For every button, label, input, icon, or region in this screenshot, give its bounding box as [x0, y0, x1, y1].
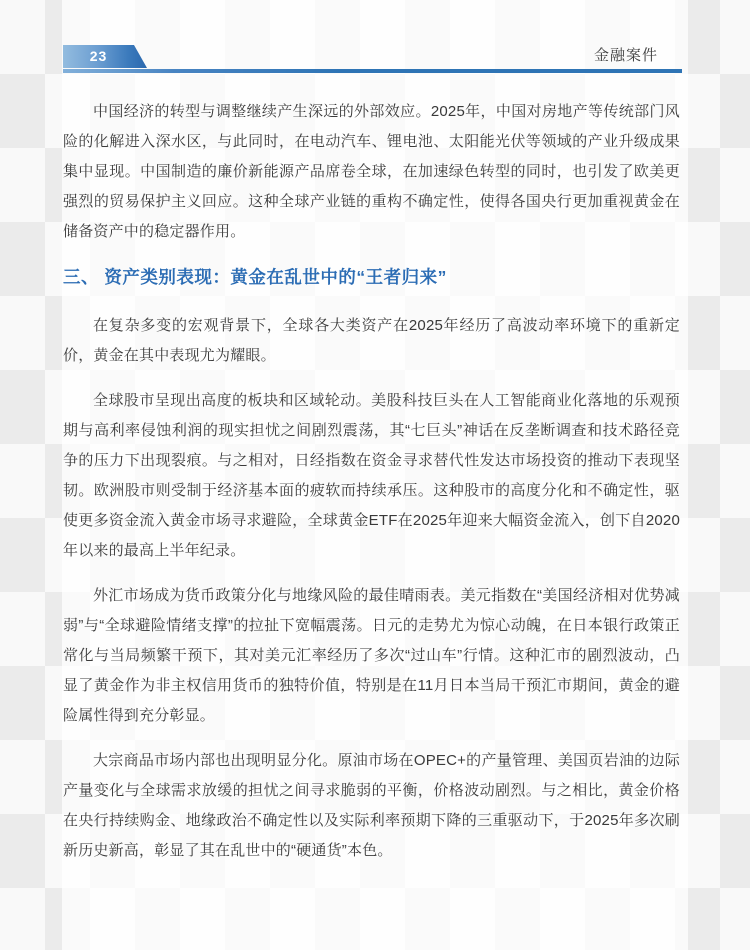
body-paragraph-3: 全球股市呈现出高度的板块和区域轮动。美股科技巨头在人工智能商业化落地的乐观预期与… — [63, 386, 680, 566]
header-section-label: 金融案件 — [594, 46, 658, 66]
viewer-background: { "header": { "page_number": "23", "sect… — [0, 0, 750, 950]
body-paragraph-2: 在复杂多变的宏观背景下，全球各大类资产在2025年经历了高波动率环境下的重新定价… — [63, 311, 680, 371]
body-paragraph-1: 中国经济的转型与调整继续产生深远的外部效应。2025年，中国对房地产等传统部门风… — [63, 97, 680, 247]
page-number: 23 — [63, 45, 134, 68]
body-paragraph-4: 外汇市场成为货币政策分化与地缘风险的最佳晴雨表。美元指数在“美国经济相对优势减弱… — [63, 581, 680, 731]
document-body: 中国经济的转型与调整继续产生深远的外部效应。2025年，中国对房地产等传统部门风… — [63, 97, 680, 881]
page-number-badge: 23 — [63, 45, 147, 68]
page-header: 23 金融案件 — [62, 0, 688, 74]
header-rule — [63, 69, 682, 73]
document-page: 23 金融案件 中国经济的转型与调整继续产生深远的外部效应。2025年，中国对房… — [62, 0, 688, 950]
section-heading: 三、 资产类别表现：黄金在乱世中的“王者归来” — [63, 263, 680, 291]
body-paragraph-5: 大宗商品市场内部也出现明显分化。原油市场在OPEC+的产量管理、美国页岩油的边际… — [63, 746, 680, 866]
